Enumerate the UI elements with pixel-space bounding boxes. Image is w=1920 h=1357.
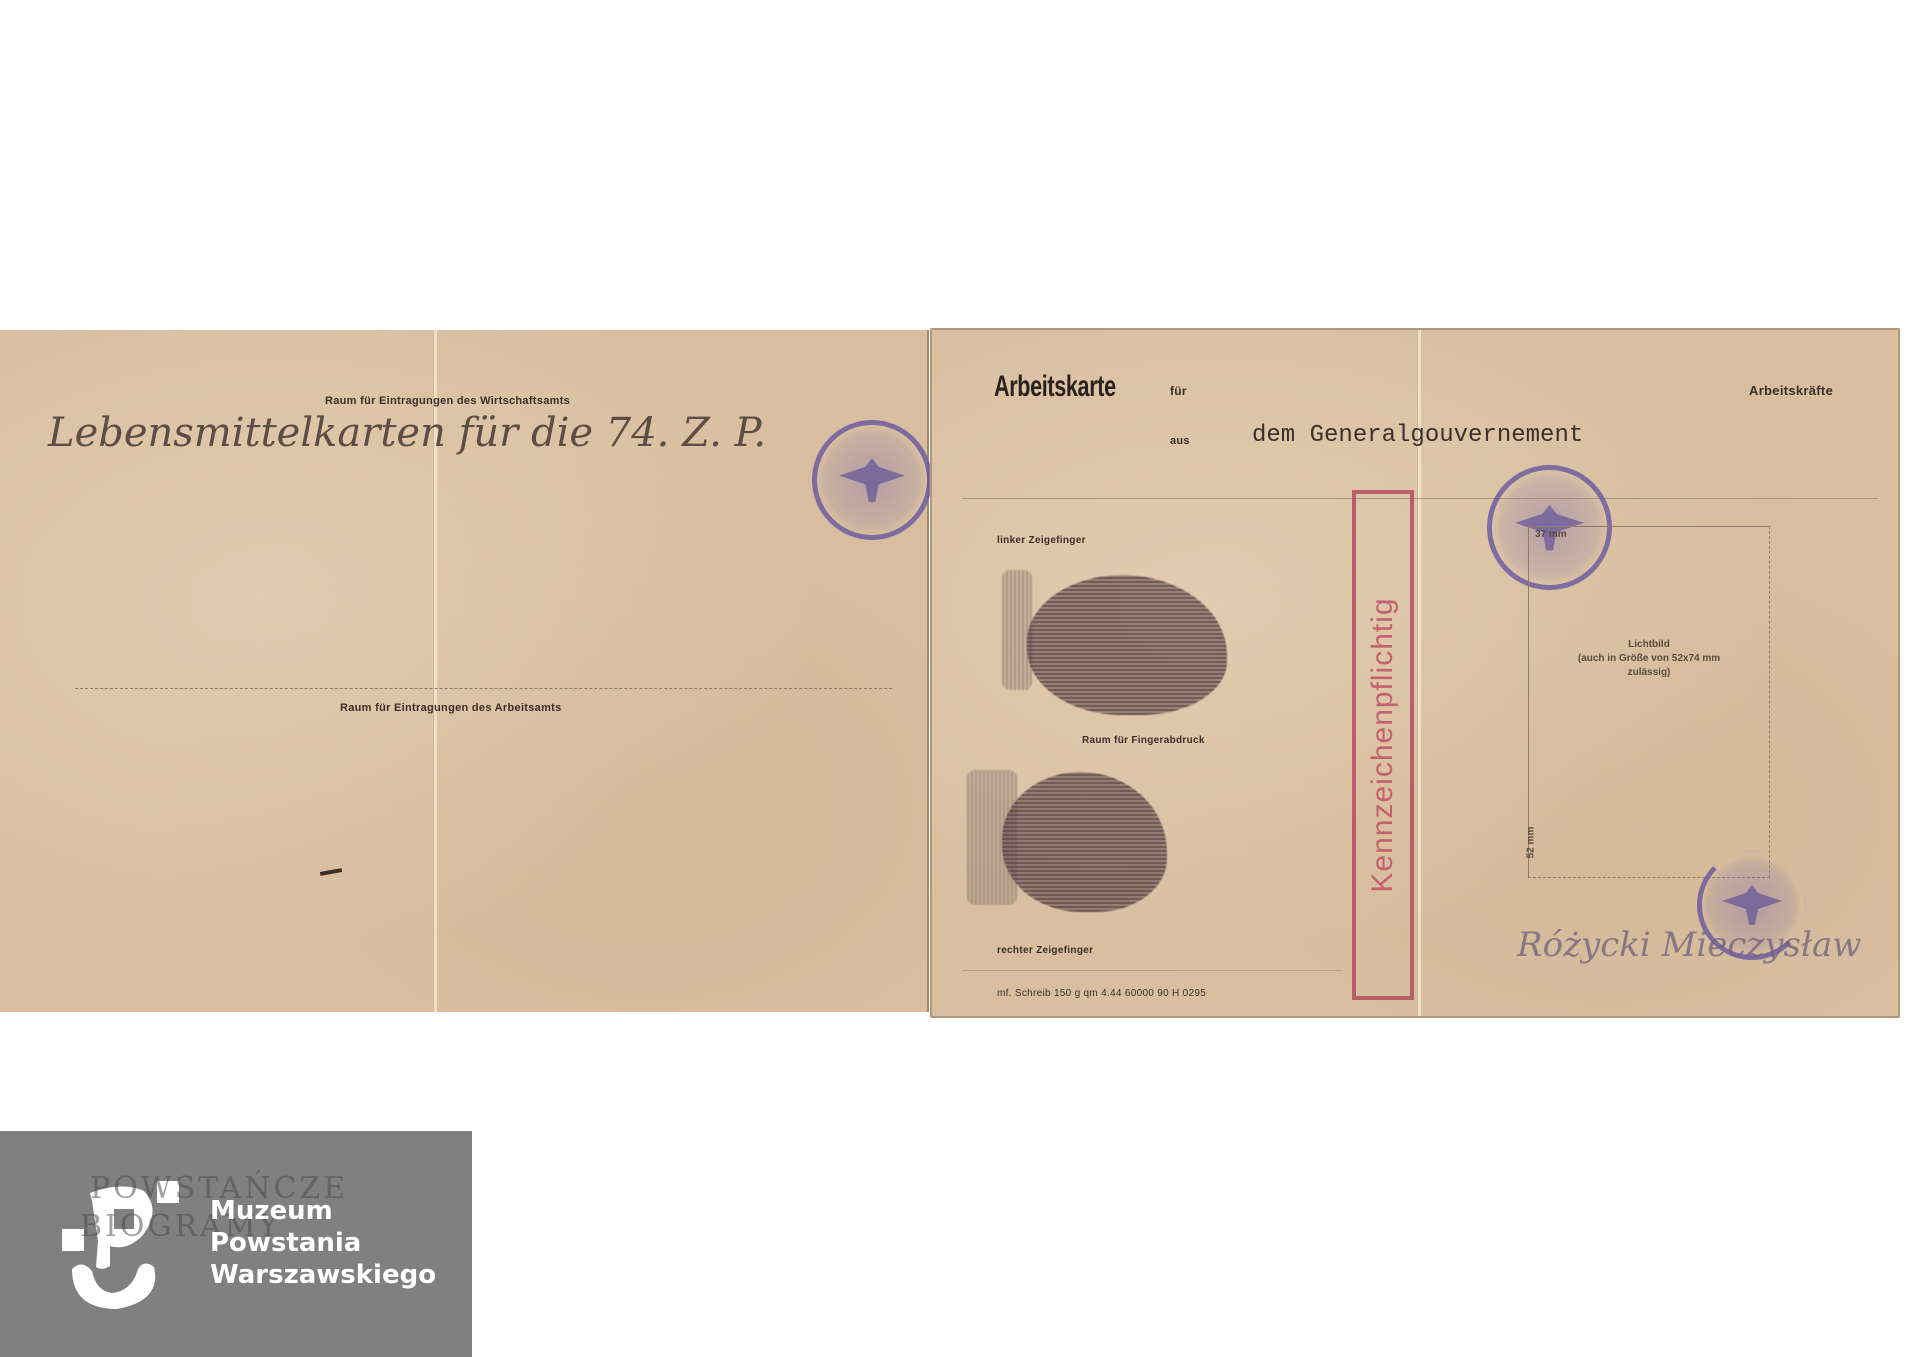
card-back-panel: Raum für Eintragungen des Wirtschaftsamt… — [0, 330, 929, 1012]
logo-name-line1: Muzeum — [210, 1196, 333, 1226]
fingerprint-smudge — [1002, 570, 1032, 690]
card-title: Arbeitskarte — [994, 370, 1116, 404]
label-right-finger: rechter Zeigefinger — [997, 945, 1093, 956]
violet-stamp-left — [812, 420, 932, 540]
logo-name-line2: Powstania — [210, 1228, 361, 1258]
label-left-finger: linker Zeigefinger — [997, 535, 1086, 546]
right-fingerprint — [1002, 772, 1167, 912]
photo-height-label: 52 mm — [1525, 827, 1536, 859]
eagle-icon — [1722, 885, 1782, 925]
header-divider — [962, 498, 1878, 499]
print-code: mf. Schreib 150 g qm 4.44 60000 90 H 029… — [997, 988, 1206, 999]
left-fingerprint — [1027, 575, 1227, 715]
photo-caption-3: zulässig) — [1529, 667, 1769, 678]
museum-logo-block: POWSTAŃCZE BIOGRAMY Muzeum Powstania War… — [0, 1131, 472, 1357]
red-stamp-kennzeichenpflichtig: Kennzeichenpflichtig — [1352, 490, 1414, 1000]
label-aus: aus — [1170, 435, 1190, 447]
label-wirtschaftsamt: Raum für Eintragungen des Wirtschaftsamt… — [325, 395, 570, 407]
eagle-icon — [839, 458, 905, 502]
label-arbeitsamt: Raum für Eintragungen des Arbeitsamts — [340, 702, 562, 714]
photo-caption-1: Lichtbild — [1529, 639, 1769, 650]
ink-mark — [320, 868, 342, 876]
footer-divider — [962, 970, 1342, 971]
label-fuer: für — [1170, 384, 1187, 398]
logo-name-line3: Warszawskiego — [210, 1260, 436, 1290]
signature: Różycki Mieczysław — [1517, 925, 1861, 965]
label-arbeitskraefte: Arbeitskräfte — [1749, 383, 1833, 398]
photo-caption-2: (auch in Größe von 52x74 mm — [1529, 653, 1769, 664]
arbeitskarte-front: Arbeitskarte für Arbeitskräfte aus dem G… — [930, 328, 1900, 1018]
divider-line — [75, 688, 892, 689]
typed-origin: dem Generalgouvernement — [1252, 422, 1583, 449]
red-stamp-text: Kennzeichenpflichtig — [1366, 597, 1400, 892]
label-fingerprint-space: Raum für Fingerabdruck — [1082, 735, 1205, 746]
photo-box: 37 mm Lichtbild (auch in Größe von 52x74… — [1528, 526, 1770, 878]
photo-width-label: 37 mm — [1535, 529, 1567, 540]
handwritten-entry: Lebensmittelkarten für die 74. Z. P. — [48, 410, 766, 456]
fingerprint-smudge — [967, 770, 1017, 905]
